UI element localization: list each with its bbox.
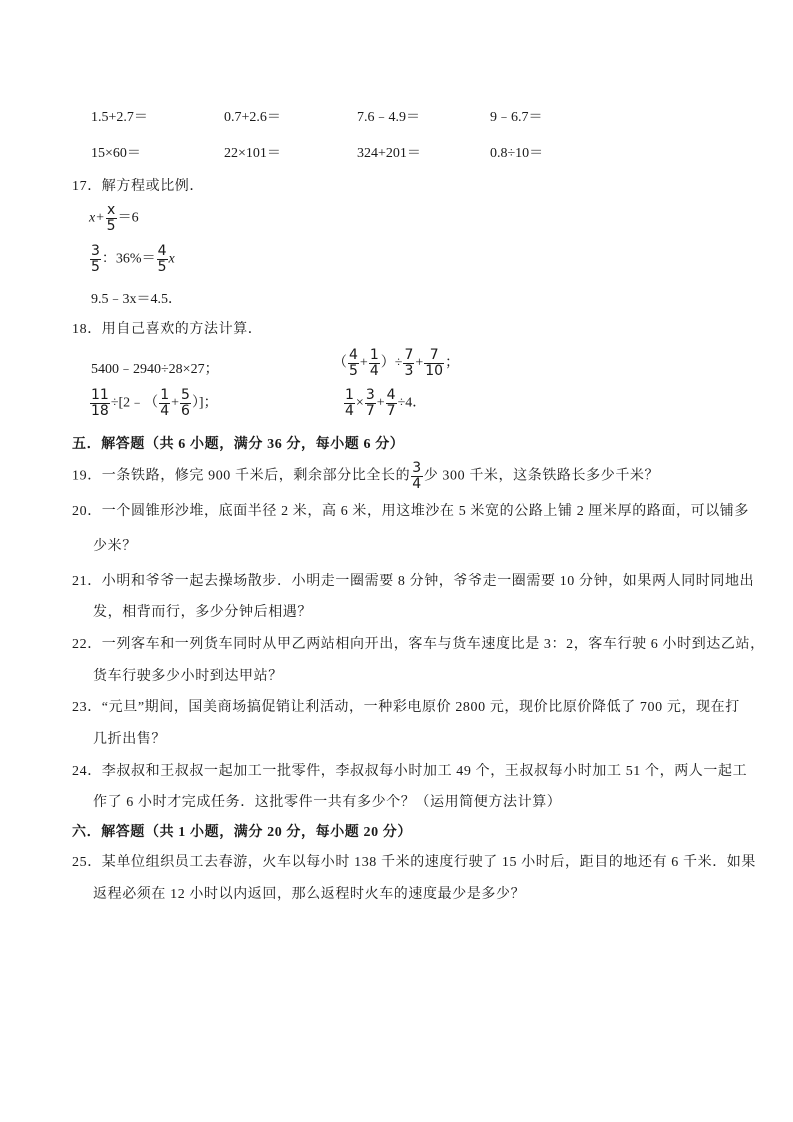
question-21-line-2: 发，相背而行，多少分钟后相遇？ [93,601,312,621]
math-item: 7.6﹣4.9＝ [357,106,420,126]
question-18-title: 18．用自己喜欢的方法计算． [72,318,262,338]
question-25-line-2: 返程必须在 12 小时以内返回，那么返程时火车的速度最少是多少？ [93,883,525,903]
question-23-line-2: 几折出售？ [93,728,166,748]
fraction: 56 [180,388,191,419]
question-22-line-1: 22．一列客车和一列货车同时从甲乙两站相向开出，客车与货车速度比是 3：2，客车… [72,633,765,653]
question-24-line-1: 24．李叔叔和王叔叔一起加工一批零件，李叔叔每小时加工 49 个，王叔叔每小时加… [72,760,747,780]
fraction: 710 [424,348,444,379]
fraction: 14 [344,388,355,419]
math-item: 0.8÷10＝ [490,142,543,162]
question-19: 19．一条铁路，修完 900 千米后，剩余部分比全长的34少 300 千米，这条… [72,461,659,492]
equation-2: 35：36%＝45x [89,244,175,275]
fraction: 45 [348,348,359,379]
fraction: 34 [411,461,423,492]
math-item: 9﹣6.7＝ [490,106,543,126]
question-23-line-1: 23．“元旦”期间，国美商场搞促销让利活动，一种彩电原价 2800 元，现价比原… [72,696,740,716]
eq-text: x [169,252,175,267]
math-item: 0.7+2.6＝ [224,106,281,126]
question-22-line-2: 货车行驶多少小时到达甲站？ [93,665,283,685]
expression-2: （45+14）÷73+710； [333,348,459,379]
expression-4: 14×37+47÷4． [343,388,426,419]
fraction: 1118 [90,388,110,419]
fraction: 73 [403,348,414,379]
fraction: 45 [157,244,168,275]
fraction: 47 [386,388,397,419]
fraction: 35 [90,244,101,275]
question-20-line-1: 20．一个圆锥形沙堆，底面半径 2 米，高 6 米，用这堆沙在 5 米宽的公路上… [72,500,749,520]
math-item: 324+201＝ [357,142,421,162]
math-item: 15×60＝ [91,142,141,162]
question-24-line-2: 作了 6 小时才完成任务．这批零件一共有多少个？（运用简便方法计算） [93,791,561,811]
section-5-heading: 五．解答题（共 6 小题，满分 36 分，每小题 6 分） [72,433,404,453]
fraction: x5 [106,203,117,234]
equation-1: x+x5＝6 [89,203,139,234]
fraction: 14 [369,348,380,379]
equation-3: 9.5﹣3x＝4.5． [91,288,182,308]
eq-text: ＝6 [118,211,139,226]
question-20-line-2: 少米？ [93,535,137,555]
expression-1: 5400﹣2940÷28×27； [91,358,219,378]
question-25-line-1: 25．某单位组织员工去春游，火车以每小时 138 千米的速度行驶了 15 小时后… [72,851,756,871]
fraction: 37 [365,388,376,419]
math-item: 22×101＝ [224,142,281,162]
section-6-heading: 六．解答题（共 1 小题，满分 20 分，每小题 20 分） [72,821,412,841]
math-item: 1.5+2.7＝ [91,106,148,126]
expression-3: 1118÷[2﹣（14+56）]； [89,388,218,419]
question-17-title: 17．解方程或比例． [72,175,204,195]
eq-text: ：36%＝ [102,252,156,267]
question-21-line-1: 21．小明和爷爷一起去操场散步．小明走一圈需要 8 分钟，爷爷走一圈需要 10 … [72,570,754,590]
eq-text: x+ [89,211,105,226]
fraction: 14 [159,388,170,419]
